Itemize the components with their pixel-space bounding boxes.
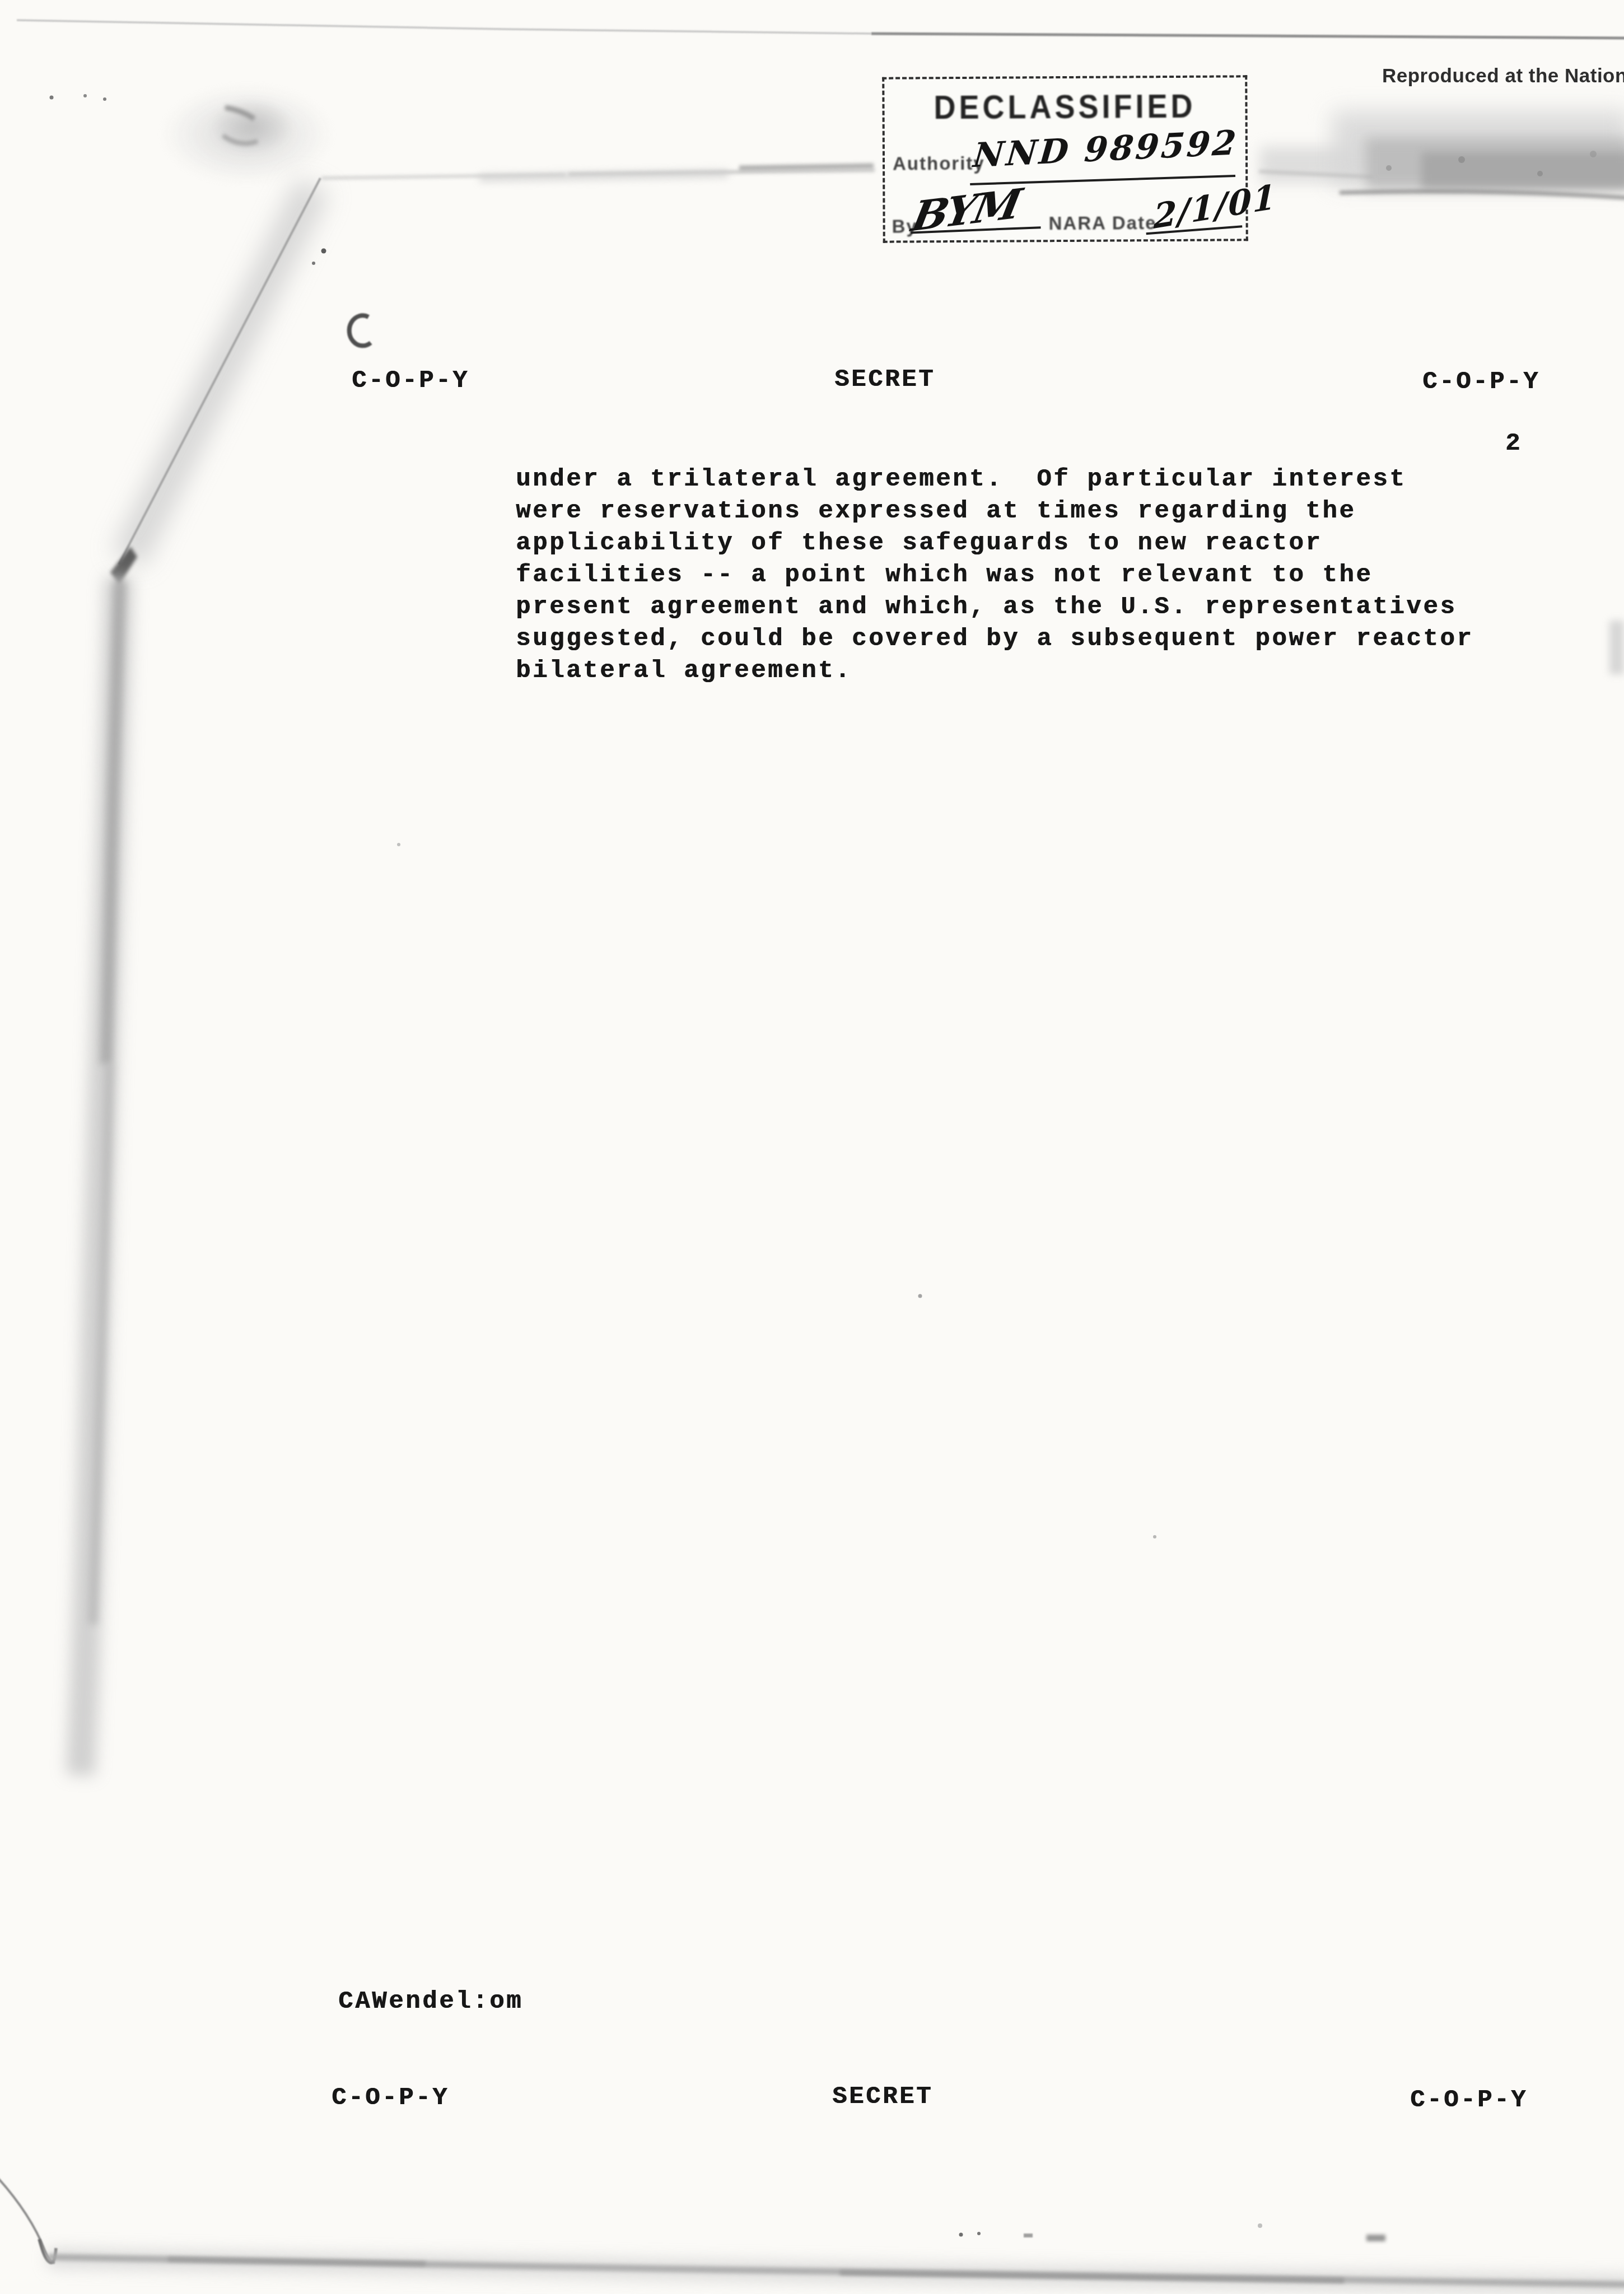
reproduced-note: Reproduced at the National Ar <box>1382 65 1624 87</box>
header-copy-left: C-O-P-Y <box>352 365 469 397</box>
footer-copy-left: C-O-P-Y <box>332 2082 449 2114</box>
header-classification: SECRET <box>834 364 935 396</box>
stamp-nara-date-label: NARA Date <box>1049 212 1157 234</box>
scan-artifact-lines <box>0 0 1624 2294</box>
stamp-authority-value: NND 989592 <box>972 123 1240 176</box>
footer-classification: SECRET <box>832 2081 933 2113</box>
stamp-authority-underline <box>970 175 1235 185</box>
page-number: 2 <box>1505 428 1522 460</box>
typist-initials: CAWendel:om <box>338 1986 523 2018</box>
scanned-document-page: Reproduced at the National Ar DECLASSIFI… <box>0 0 1624 2294</box>
declassified-stamp: DECLASSIFIED Authority NND 989592 By BYM… <box>882 75 1248 243</box>
footer-copy-right: C-O-P-Y <box>1410 2085 1528 2116</box>
stamp-title: DECLASSIFIED <box>884 87 1245 127</box>
header-copy-right: C-O-P-Y <box>1422 366 1540 398</box>
stamp-authority-label: Authority <box>893 153 985 175</box>
body-paragraph: under a trilateral agreement. Of particu… <box>516 464 1473 687</box>
